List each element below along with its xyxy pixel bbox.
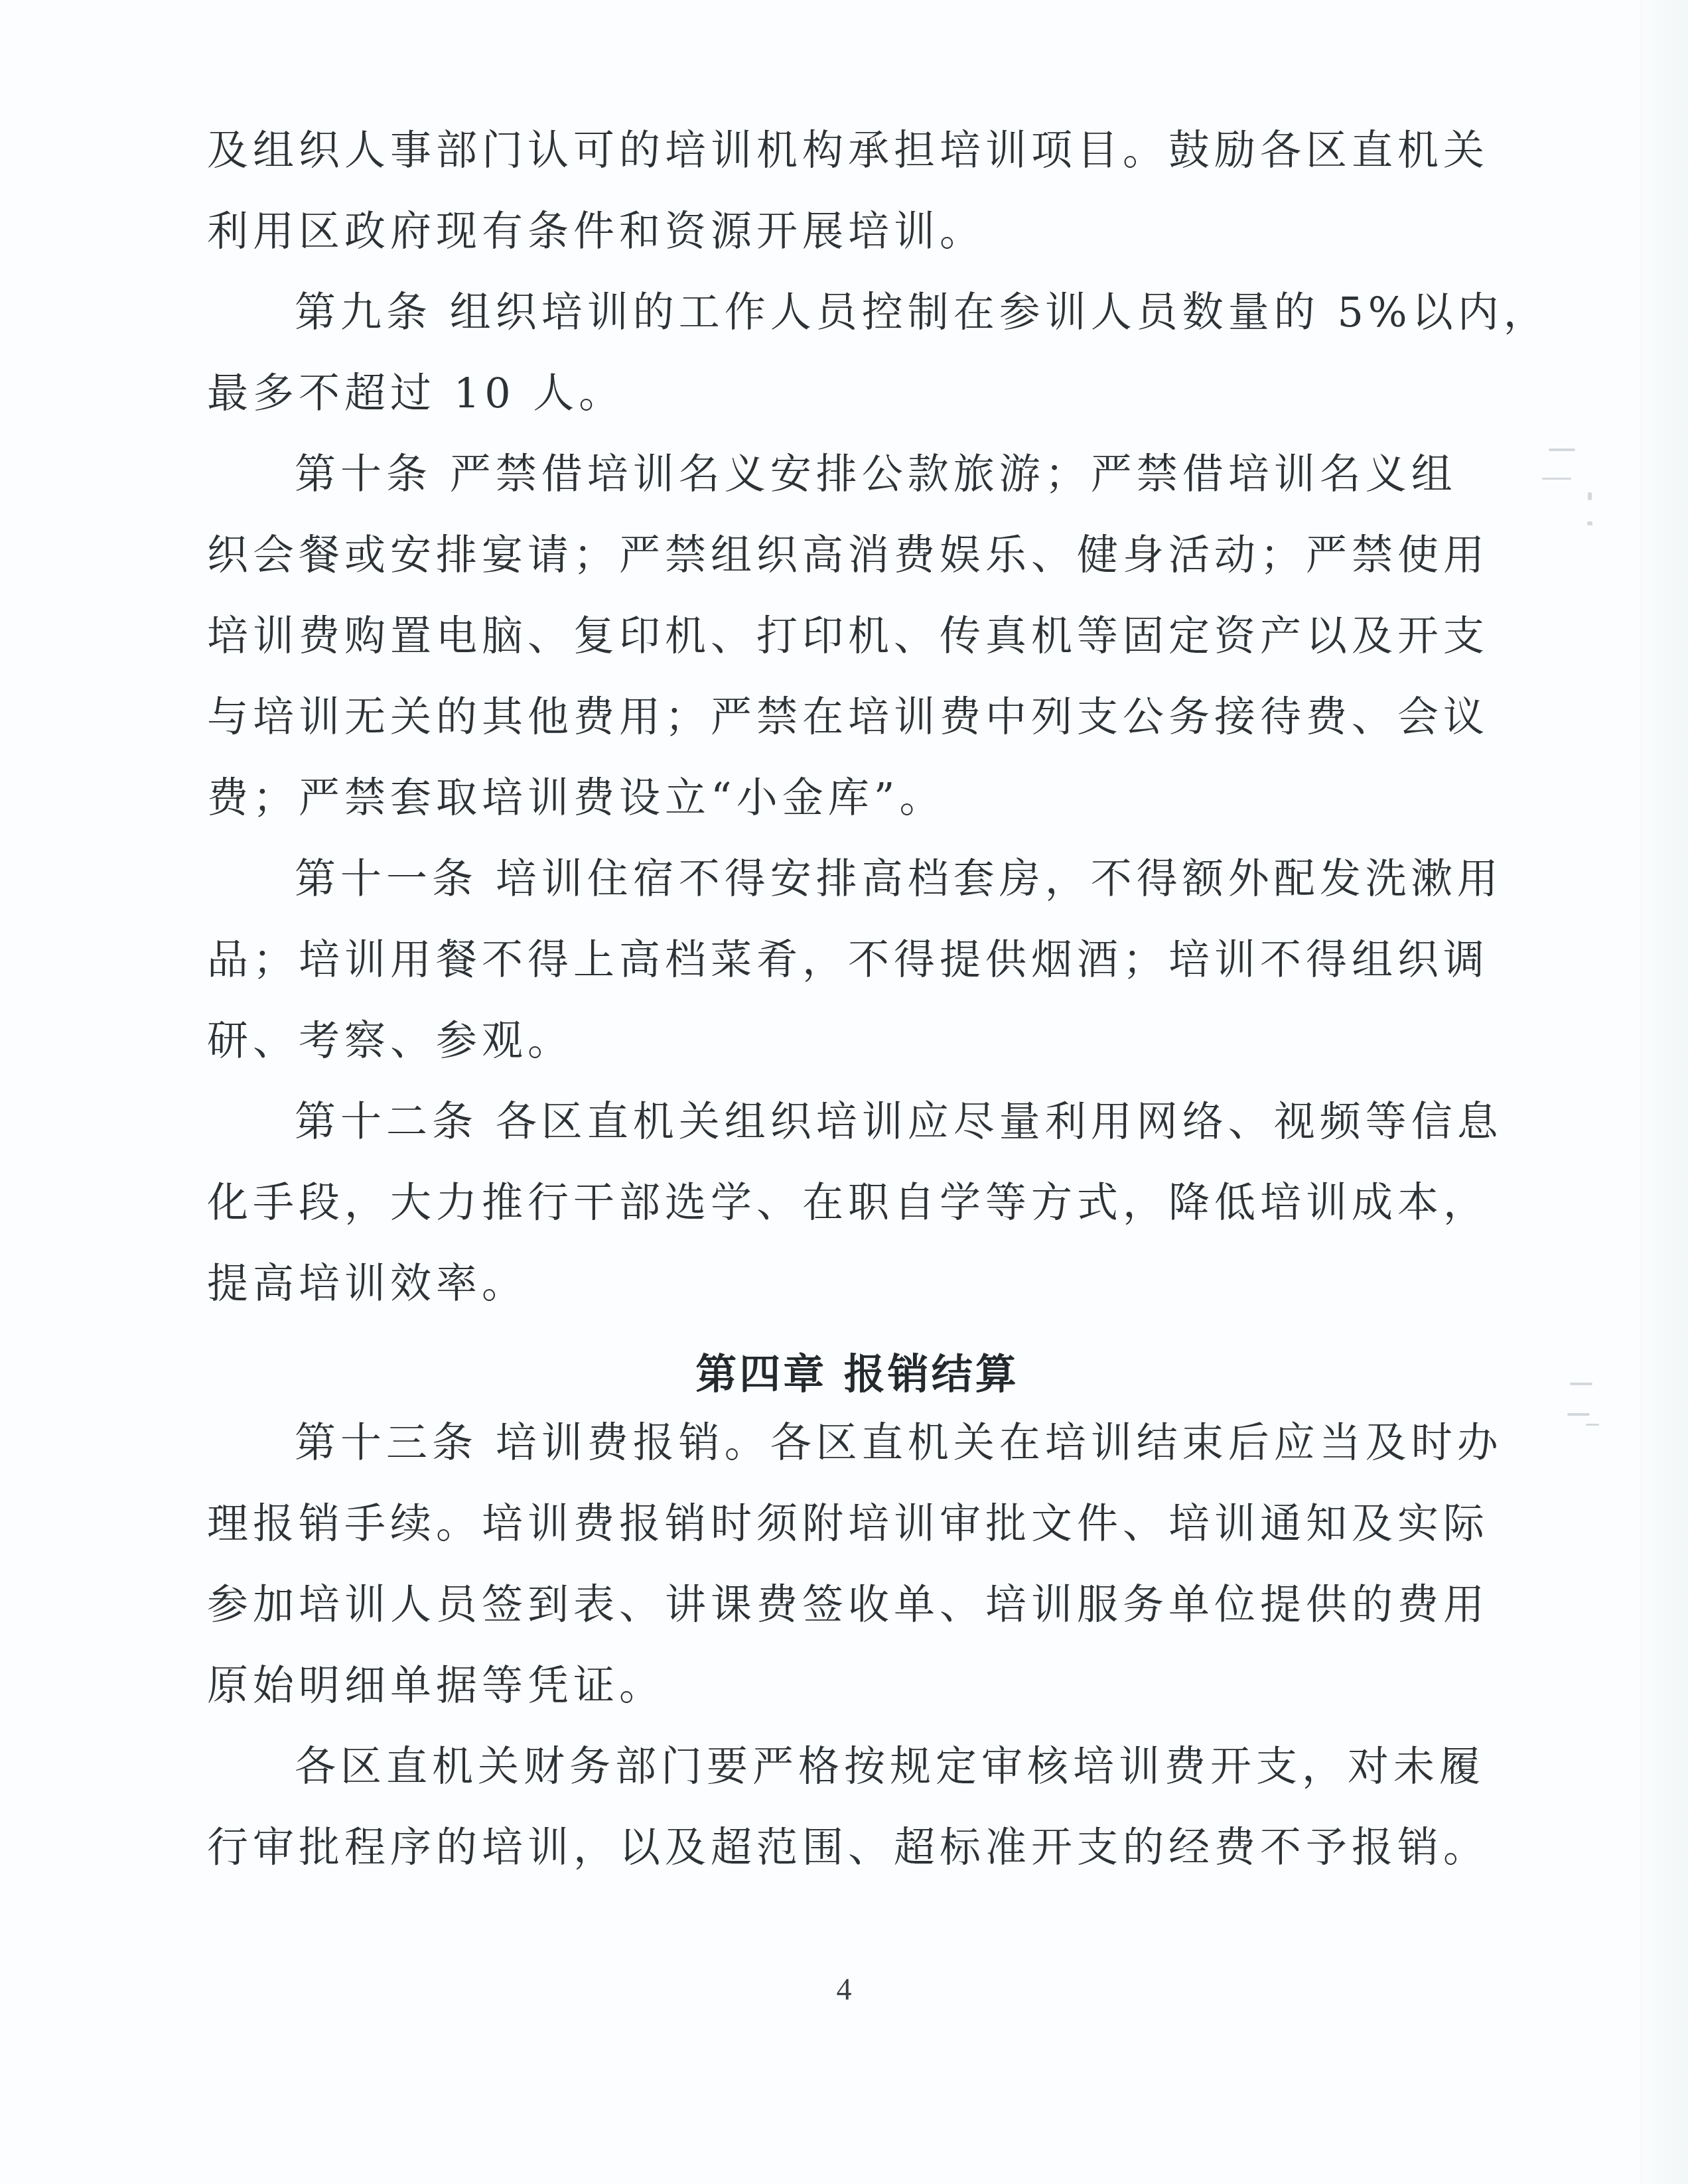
- chapter-heading: 第四章 报销结算: [207, 1341, 1508, 1400]
- text-line: 利用区政府现有条件和资源开展培训。: [207, 211, 985, 252]
- article-9: 第九条 组织培训的工作人员控制在参训人员数量的 5%以内，: [295, 292, 1549, 333]
- document-page: 及组织人事部门认可的培训机构承担培训项目。鼓励各区直机关 利用区政府现有条件和资…: [0, 0, 1688, 2184]
- article-12: 第十二条 各区直机关组织培训应尽量利用网络、视频等信息: [295, 1101, 1503, 1142]
- article-11: 第十一条 培训住宿不得安排高档套房，不得额外配发洗漱用: [295, 858, 1503, 900]
- text-line: 参加培训人员签到表、讲课费签收单、培训服务单位提供的费用: [207, 1584, 1489, 1625]
- scan-artifact: [1588, 492, 1592, 500]
- text-line: 品；培训用餐不得上高档菜肴，不得提供烟酒；培训不得组织调: [207, 939, 1489, 981]
- scan-page-edge: [1641, 0, 1688, 2184]
- page-number: 4: [0, 1972, 1688, 2007]
- text-line: 行审批程序的培训，以及超范围、超标准开支的经费不予报销。: [207, 1827, 1489, 1868]
- paragraph-finance-review: 各区直机关财务部门要严格按规定审核培训费开支，对未履: [295, 1746, 1485, 1787]
- scan-artifact: [1549, 448, 1575, 451]
- text-line: 费；严禁套取培训费设立“小金库”。: [207, 778, 945, 819]
- text-line: 研、考察、参观。: [207, 1020, 573, 1061]
- text-line: 培训费购置电脑、复印机、打印机、传真机等固定资产以及开支: [207, 616, 1489, 657]
- text-line: 与培训无关的其他费用；严禁在培训费中列支公务接待费、会议: [207, 697, 1489, 738]
- text-line: 及组织人事部门认可的培训机构承担培训项目。鼓励各区直机关: [207, 130, 1489, 171]
- scan-artifact: [1570, 1383, 1592, 1385]
- article-13: 第十三条 培训费报销。各区直机关在培训结束后应当及时办: [295, 1422, 1503, 1464]
- text-line: 理报销手续。培训费报销时须附培训审批文件、培训通知及实际: [207, 1503, 1489, 1544]
- scan-artifact: [1587, 521, 1592, 525]
- scan-artifact: [1542, 478, 1571, 480]
- text-line: 提高培训效率。: [207, 1263, 527, 1304]
- scan-artifact: [1586, 1424, 1599, 1426]
- scan-artifact: [1567, 1413, 1590, 1416]
- text-line: 原始明细单据等凭证。: [207, 1665, 665, 1706]
- text-line: 织会餐或安排宴请；严禁组织高消费娱乐、健身活动；严禁使用: [207, 535, 1489, 576]
- text-line: 最多不超过 10 人。: [207, 373, 624, 414]
- text-line: 化手段，大力推行干部选学、在职自学等方式，降低培训成本，: [207, 1182, 1489, 1223]
- article-10: 第十条 严禁借培训名义安排公款旅游；严禁借培训名义组: [295, 454, 1457, 495]
